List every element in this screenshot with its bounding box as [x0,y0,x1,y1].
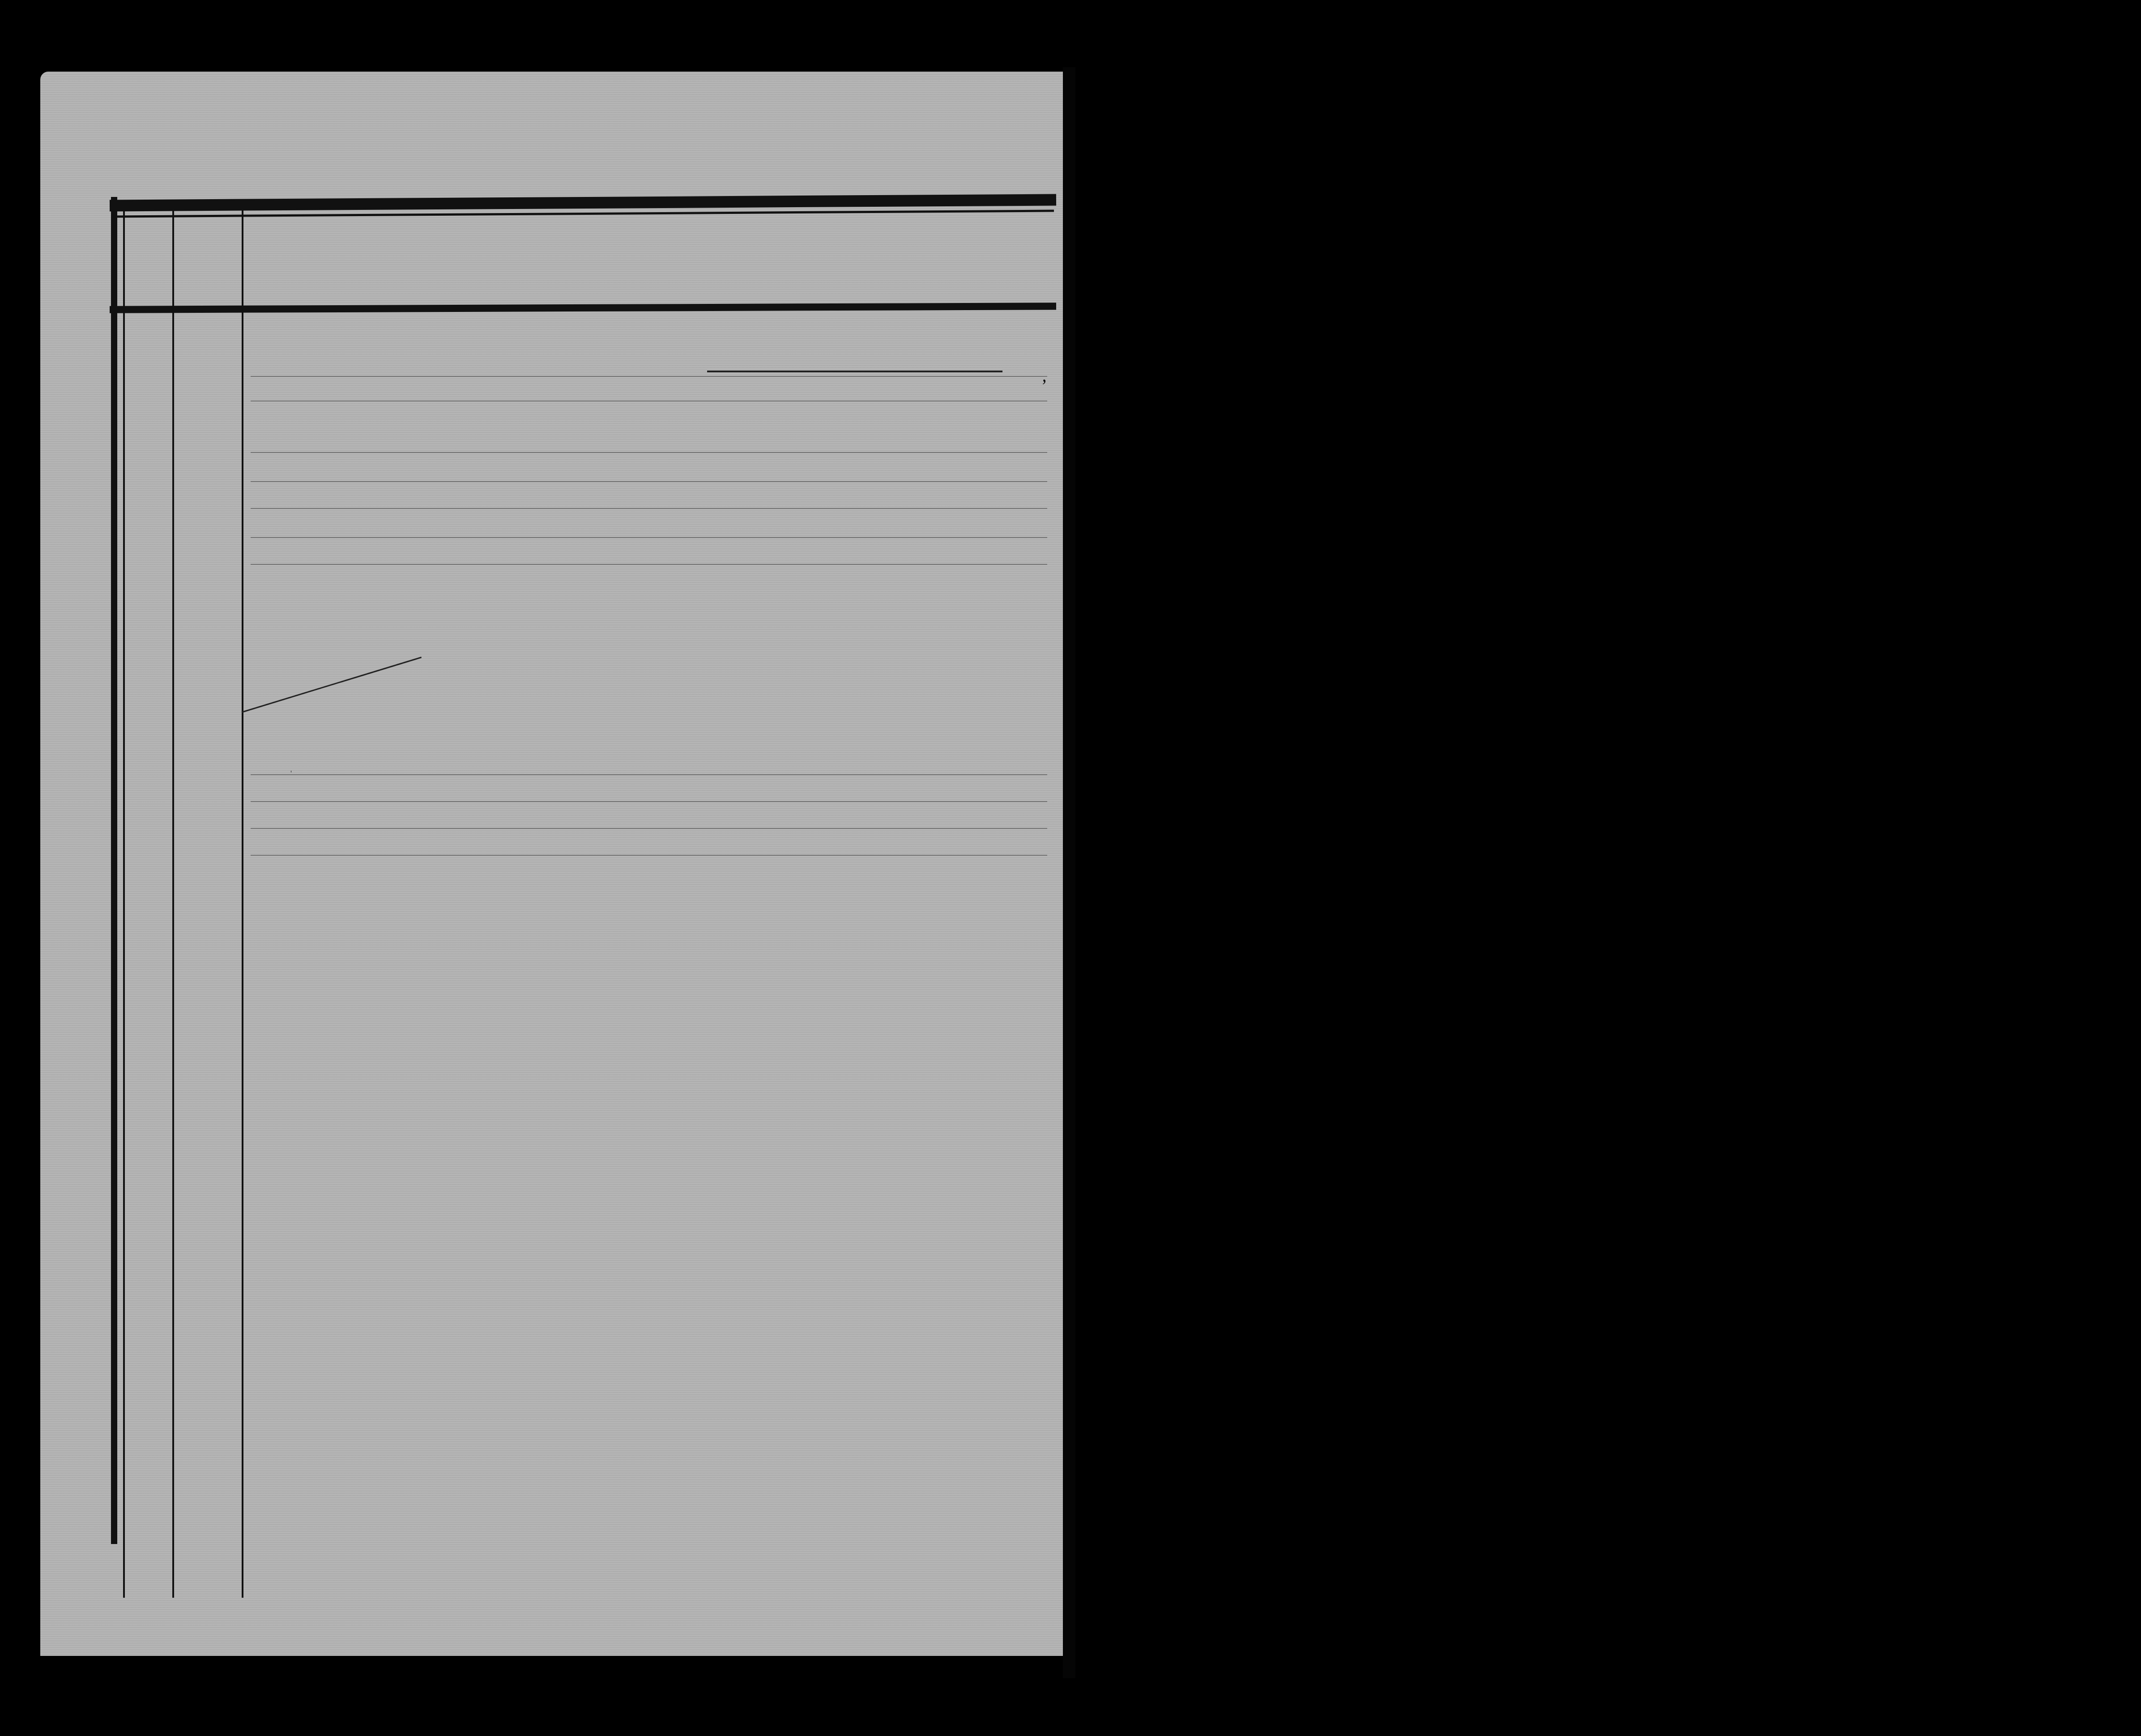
ruled-line [251,564,1047,565]
comma: , [1043,367,1046,386]
left-border-inner [123,210,125,1598]
left-outer-border [111,197,117,1544]
col2-divider [242,210,243,1598]
ruled-line [251,401,1047,401]
col-header-names [177,206,239,302]
ruled-line [251,774,1047,775]
col-header-month [126,206,171,302]
ruled-line [251,376,1047,377]
col1-divider [172,210,174,1598]
fill-stroke [707,371,1002,372]
book-gutter [1063,67,1075,1678]
ruled-line [251,452,1047,453]
ruled-line [251,855,1047,856]
ruled-line [251,828,1047,829]
fill-stroke [291,771,291,772]
ruled-line [251,508,1047,509]
ruled-line [251,481,1047,482]
ruled-line [251,801,1047,802]
ruled-line [251,537,1047,538]
